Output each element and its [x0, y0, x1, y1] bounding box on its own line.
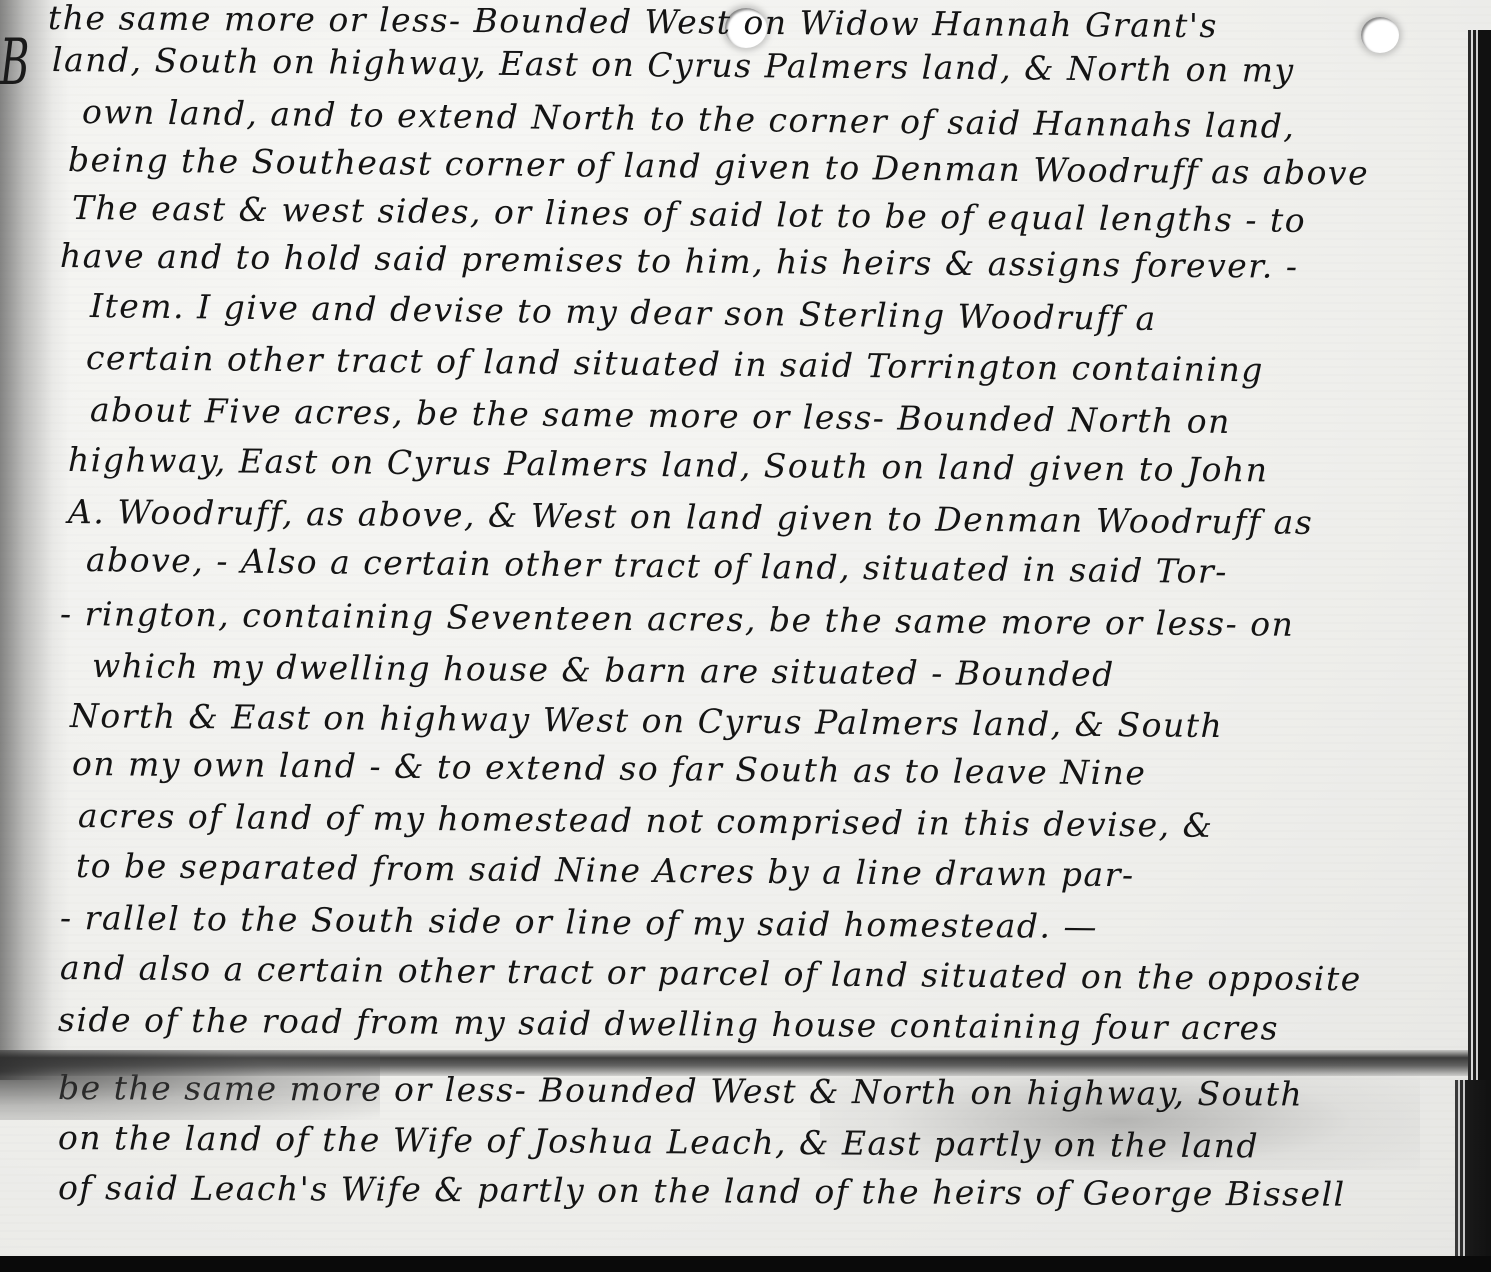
text-line-11: A. Woodruff, as above, & West on land gi…: [68, 492, 1314, 542]
text-line-19: - rallel to the South side or line of my…: [60, 898, 1098, 946]
text-line-6: have and to hold said premises to him, h…: [60, 236, 1299, 286]
text-line-15: North & East on highway West on Cyrus Pa…: [70, 696, 1224, 745]
text-line-10: highway, East on Cyrus Palmers land, Sou…: [68, 440, 1269, 489]
ink-smudge: [0, 1050, 380, 1120]
text-line-17: acres of land of my homestead not compri…: [78, 796, 1214, 845]
scan-bottom-edge: [0, 1256, 1491, 1272]
text-line-12: above, - Also a certain other tract of l…: [86, 540, 1228, 591]
text-line-8: certain other tract of land situated in …: [86, 338, 1264, 389]
text-line-7: Item. I give and devise to my dear son S…: [90, 286, 1157, 338]
text-line-4: being the Southeast corner of land given…: [68, 140, 1370, 193]
text-line-1: the same more or less- Bounded West on W…: [48, 0, 1218, 45]
ledger-border-lines: [1468, 30, 1491, 1256]
text-line-18: to be separated from said Nine Acres by …: [76, 846, 1135, 894]
text-line-20: and also a certain other tract or parcel…: [60, 948, 1362, 998]
text-line-9: about Five acres, be the same more or le…: [90, 390, 1231, 441]
text-line-24: of said Leach's Wife & partly on the lan…: [58, 1168, 1346, 1214]
scanned-document-page: B the same more or less- Bounded West on…: [0, 0, 1491, 1256]
text-line-3: own land, and to extend North to the cor…: [82, 92, 1296, 146]
text-line-16: on my own land - & to extend so far Sout…: [72, 744, 1147, 792]
text-line-23: on the land of the Wife of Joshua Leach,…: [58, 1118, 1259, 1165]
ledger-border-shadow: [1455, 1080, 1491, 1256]
text-line-2: land, South on highway, East on Cyrus Pa…: [52, 40, 1295, 90]
text-line-21: side of the road from my said dwelling h…: [58, 1000, 1279, 1048]
text-line-5: The east & west sides, or lines of said …: [72, 188, 1306, 240]
text-line-13: - rington, containing Seventeen acres, b…: [60, 594, 1295, 644]
text-line-14: which my dwelling house & barn are situa…: [92, 646, 1115, 694]
